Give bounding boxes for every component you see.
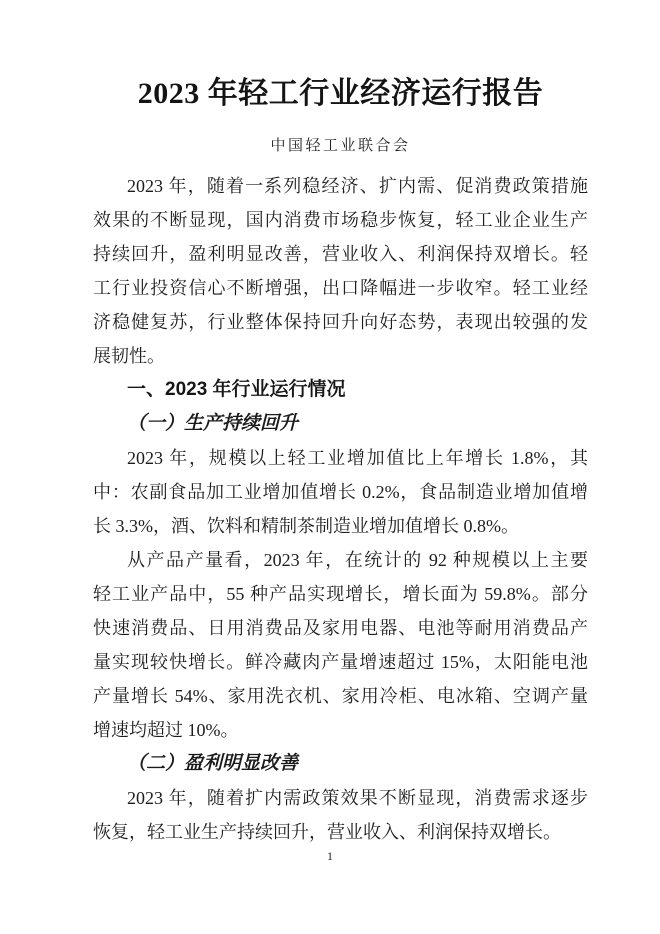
document-publisher: 中国轻工业联合会 bbox=[93, 135, 588, 157]
paragraph-line: 长 3.3%，酒、饮料和精制茶制造业增加值增长 0.8%。 bbox=[93, 509, 588, 543]
paragraph-line: 产量增长 54%、家用洗衣机、家用冷柜、电冰箱、空调产量 bbox=[93, 679, 588, 713]
document-body: 2023 年，随着一系列稳经济、扩内需、促消费政策措施 效果的不断显现，国内消费… bbox=[93, 169, 588, 849]
paragraph-line: 2023 年，规模以上轻工业增加值比上年增长 1.8%，其 bbox=[93, 441, 588, 475]
paragraph-line: 持续回升，盈利明显改善，营业收入、利润保持双增长。轻 bbox=[93, 237, 588, 271]
paragraph-line: 量实现较快增长。鲜冷藏肉产量增速超过 15%，太阳能电池 bbox=[93, 645, 588, 679]
paragraph-line: 增速均超过 10%。 bbox=[93, 713, 588, 747]
page-number: 1 bbox=[0, 849, 660, 864]
document-title: 2023 年轻工行业经济运行报告 bbox=[93, 74, 588, 114]
paragraph-line: 济稳健复苏，行业整体保持回升向好态势，表现出较强的发 bbox=[93, 305, 588, 339]
document-page: 2023 年轻工行业经济运行报告 中国轻工业联合会 2023 年，随着一系列稳经… bbox=[0, 0, 660, 934]
subsection-heading: （一）生产持续回升 bbox=[93, 407, 588, 441]
paragraph-line: 快速消费品、日用消费品及家用电器、电池等耐用消费品产 bbox=[93, 611, 588, 645]
section-heading: 一、2023 年行业运行情况 bbox=[93, 373, 588, 407]
paragraph-line: 工行业投资信心不断增强，出口降幅进一步收窄。轻工业经 bbox=[93, 271, 588, 305]
paragraph-line: 从产品产量看，2023 年，在统计的 92 种规模以上主要 bbox=[93, 543, 588, 577]
paragraph-line: 轻工业产品中，55 种产品实现增长，增长面为 59.8%。部分 bbox=[93, 577, 588, 611]
paragraph-line: 恢复，轻工业生产持续回升，营业收入、利润保持双增长。 bbox=[93, 815, 588, 849]
subsection-heading: （二）盈利明显改善 bbox=[93, 747, 588, 781]
paragraph-line: 展韧性。 bbox=[93, 339, 588, 373]
paragraph-line: 中：农副食品加工业增加值增长 0.2%，食品制造业增加值增 bbox=[93, 475, 588, 509]
paragraph-line: 效果的不断显现，国内消费市场稳步恢复，轻工业企业生产 bbox=[93, 203, 588, 237]
paragraph-line: 2023 年，随着扩内需政策效果不断显现，消费需求逐步 bbox=[93, 781, 588, 815]
paragraph-line: 2023 年，随着一系列稳经济、扩内需、促消费政策措施 bbox=[93, 169, 588, 203]
